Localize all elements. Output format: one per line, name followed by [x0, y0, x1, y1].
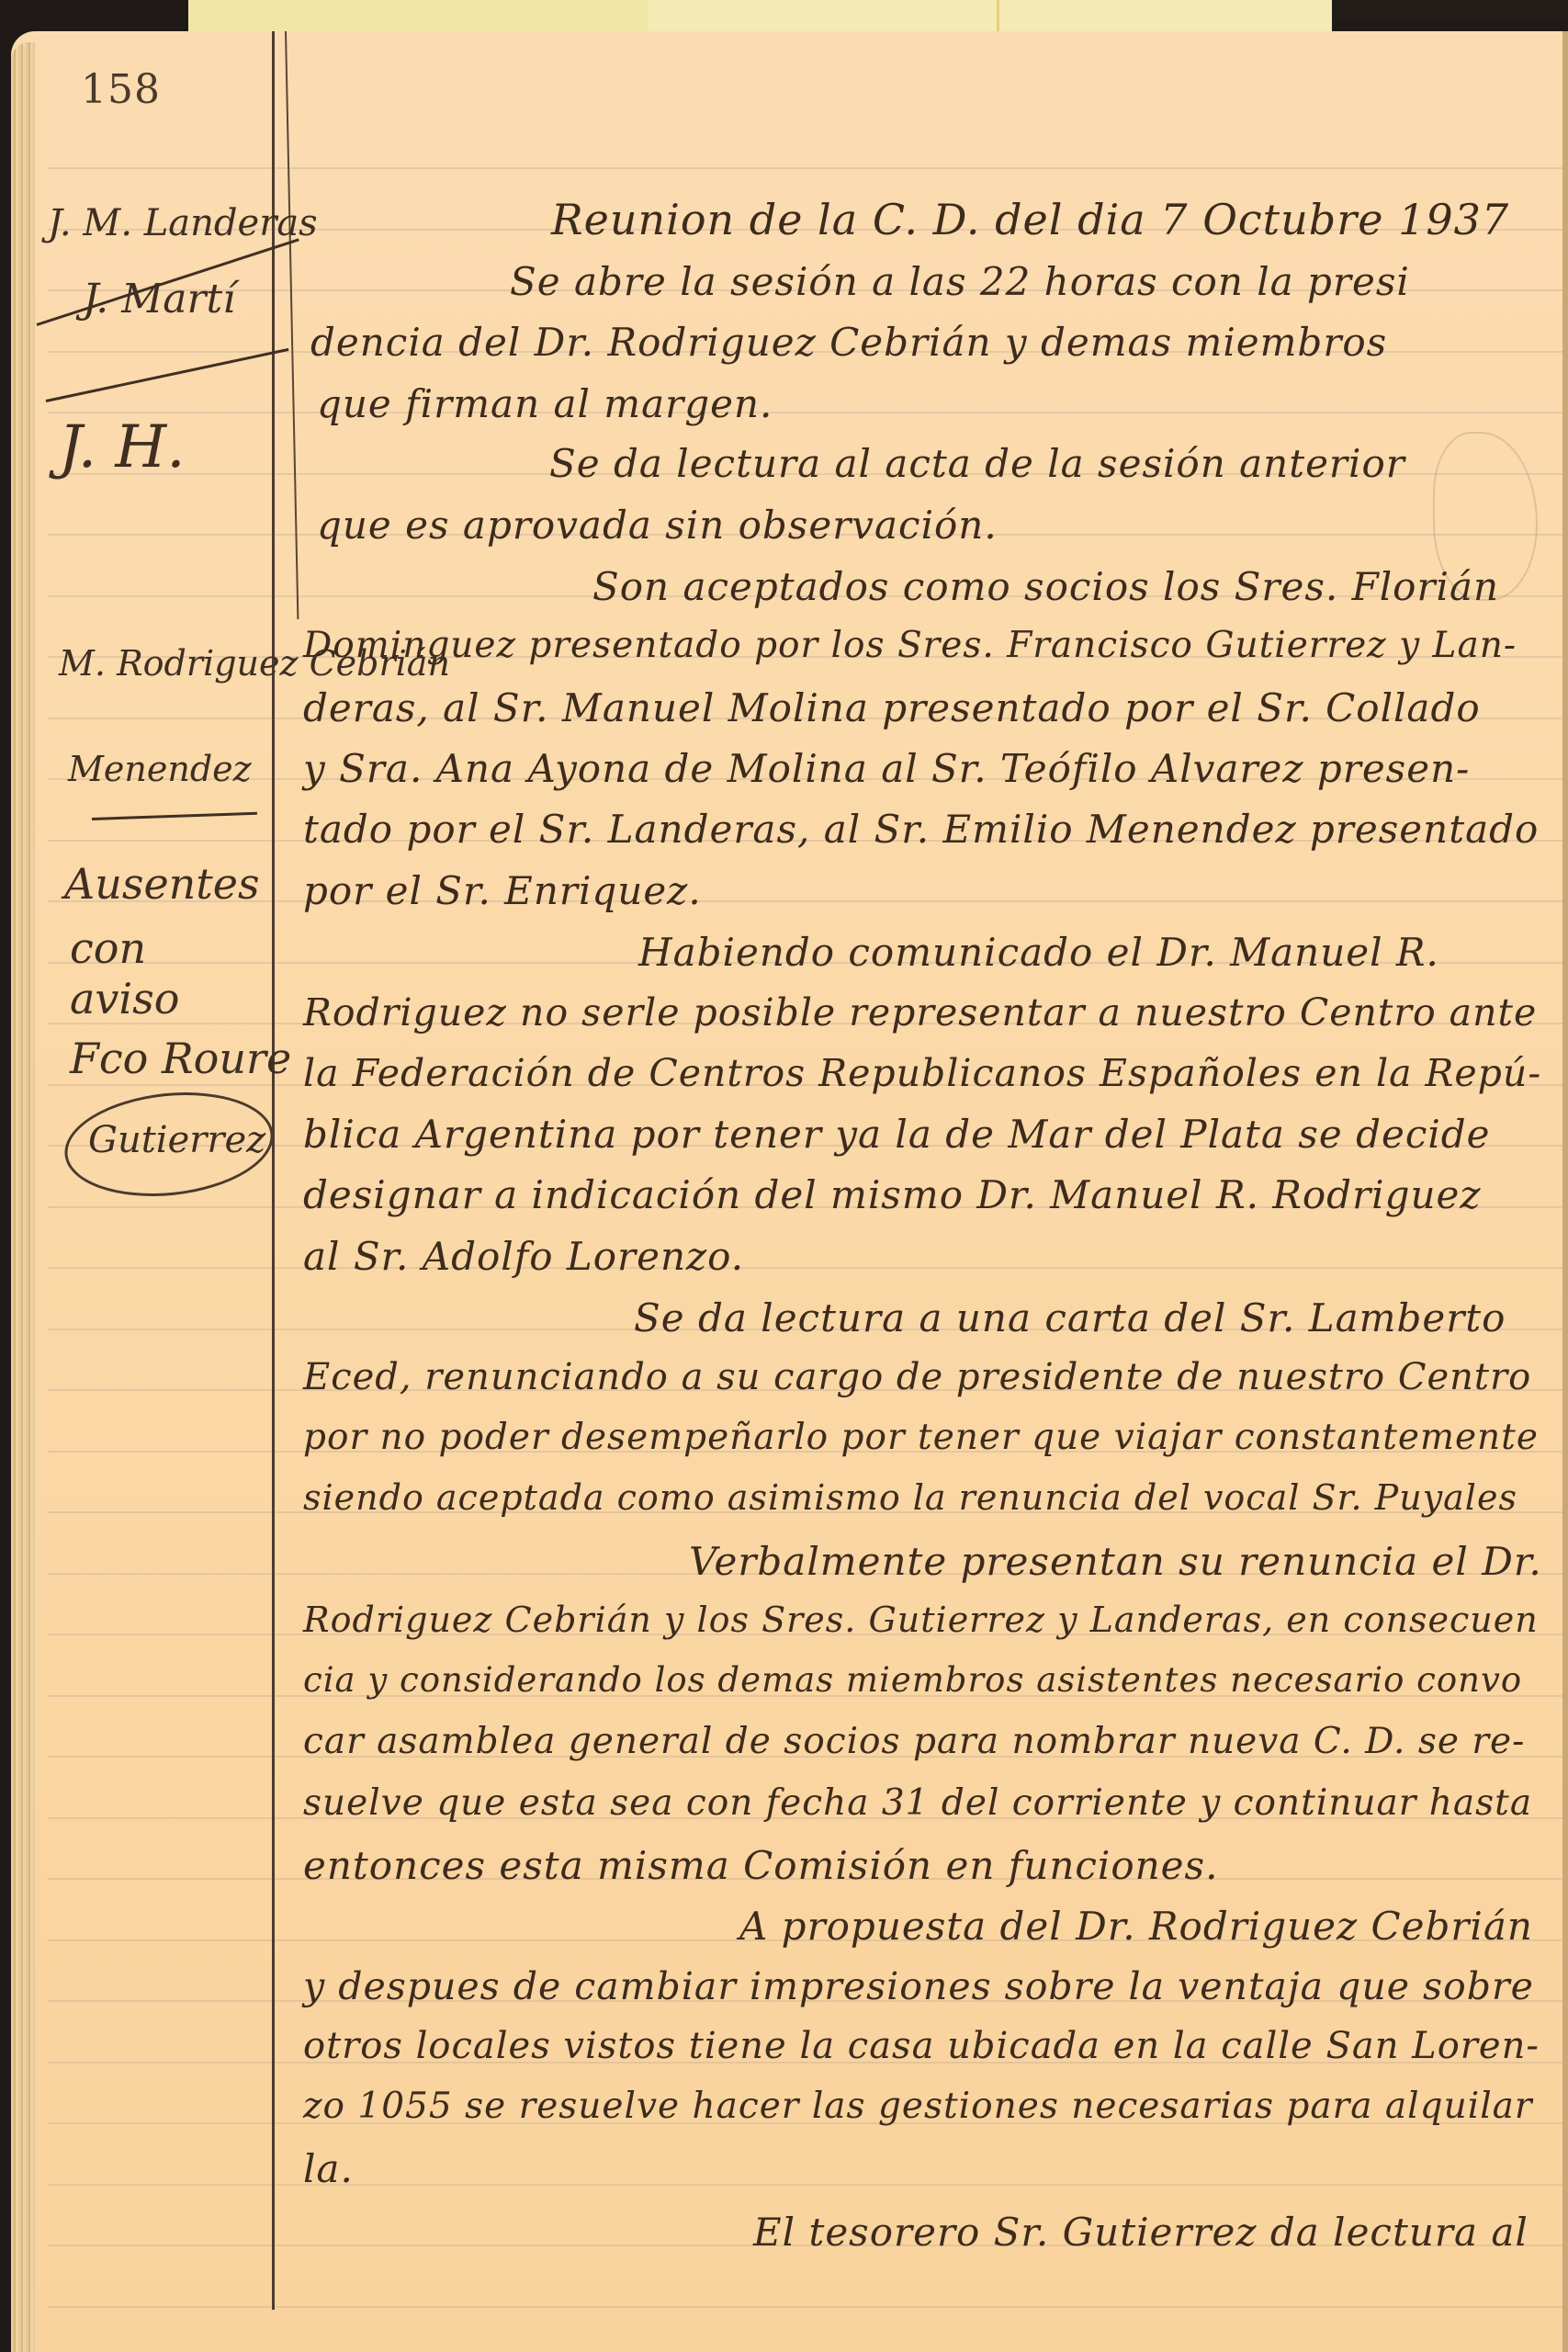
minutes-line: Dominguez presentado por los Sres. Franc…: [303, 625, 1517, 666]
signature-gutierrez: Gutierrez: [88, 1119, 265, 1161]
minutes-line: siendo aceptada como asimismo la renunci…: [303, 1477, 1517, 1518]
minutes-line: blica Argentina por tener ya la de Mar d…: [303, 1112, 1491, 1157]
minutes-line: suelve que esta sea con fecha 31 del cor…: [303, 1782, 1532, 1824]
minutes-line: por el Sr. Enriquez.: [303, 868, 702, 913]
minutes-heading: Reunion de la C. D. del dia 7 Octubre 19…: [551, 195, 1509, 244]
margin-note-con: con: [70, 923, 146, 973]
minutes-line: la.: [303, 2146, 354, 2191]
page-number: 158: [81, 66, 161, 113]
book-cover-corner: [1332, 0, 1568, 20]
minutes-line: Rodriguez no serle posible representar a…: [303, 990, 1537, 1035]
minutes-line: Se abre la sesión a las 22 horas con la …: [510, 259, 1410, 304]
minutes-line: Son aceptados como socios los Sres. Flor…: [592, 564, 1499, 609]
ruled-line: [48, 167, 1563, 169]
ruled-line: [48, 2184, 1563, 2186]
minutes-line: al Sr. Adolfo Lorenzo.: [303, 1234, 744, 1279]
signature-initials: J. H.: [59, 413, 186, 481]
minutes-line: Se da lectura a una carta del Sr. Lamber…: [634, 1295, 1506, 1340]
minutes-line: zo 1055 se resuelve hacer las gestiones …: [303, 2086, 1533, 2127]
minutes-line: otros locales vistos tiene la casa ubica…: [303, 2025, 1540, 2067]
margin-note-ausentes: Ausentes: [64, 859, 260, 909]
minutes-line: la Federación de Centros Republicanos Es…: [303, 1051, 1541, 1095]
minutes-line: y despues de cambiar impresiones sobre l…: [303, 1964, 1534, 2008]
ruled-line: [48, 1267, 1563, 1269]
minutes-line: y Sra. Ana Ayona de Molina al Sr. Teófil…: [303, 746, 1470, 791]
signature-marti: J. Martí: [83, 276, 235, 322]
ruled-line: [48, 412, 1563, 413]
minutes-line: Rodriguez Cebrián y los Sres. Gutierrez …: [303, 1600, 1539, 1640]
page-right-edge: [1562, 31, 1568, 2352]
ruled-line: [48, 900, 1563, 902]
minutes-line: cia y considerando los demas miembros as…: [303, 1660, 1522, 1700]
signature-landeras: J. M. Landeras: [48, 202, 318, 244]
minutes-line: que es aprovada sin observación.: [317, 503, 998, 548]
minutes-line: dencia del Dr. Rodriguez Cebrián y demas…: [310, 320, 1387, 365]
minutes-line: El tesorero Sr. Gutierrez da lectura al: [753, 2210, 1529, 2255]
minutes-line: Eced, renunciando a su cargo de presiden…: [303, 1356, 1531, 1398]
minutes-line: tado por el Sr. Landeras, al Sr. Emilio …: [303, 807, 1539, 852]
margin-note-aviso: aviso: [70, 974, 179, 1023]
minutes-line: A propuesta del Dr. Rodriguez Cebrián: [739, 1904, 1533, 1949]
margin-note-absent-member: Fco Roure: [70, 1034, 291, 1083]
minutes-line: entonces esta misma Comisión en funcione…: [303, 1843, 1218, 1888]
minutes-line: que firman al margen.: [317, 381, 773, 426]
minutes-line: car asamblea general de socios para nomb…: [303, 1721, 1525, 1762]
minutes-line: designar a indicación del mismo Dr. Manu…: [303, 1172, 1482, 1217]
minutes-line: Verbalmente presentan su renuncia el Dr.: [689, 1539, 1542, 1584]
page-edges: [11, 42, 35, 2352]
minutes-line: por no poder desempeñarlo por tener que …: [303, 1417, 1539, 1458]
margin-rule: [272, 31, 275, 2310]
signature-menendez: Menendez: [68, 749, 252, 789]
minutes-line: Habiendo comunicado el Dr. Manuel R.: [638, 930, 1439, 975]
ruled-line: [48, 2306, 1563, 2308]
minutes-line: Se da lectura al acta de la sesión anter…: [549, 441, 1405, 486]
minutes-line: deras, al Sr. Manuel Molina presentado p…: [303, 685, 1481, 730]
